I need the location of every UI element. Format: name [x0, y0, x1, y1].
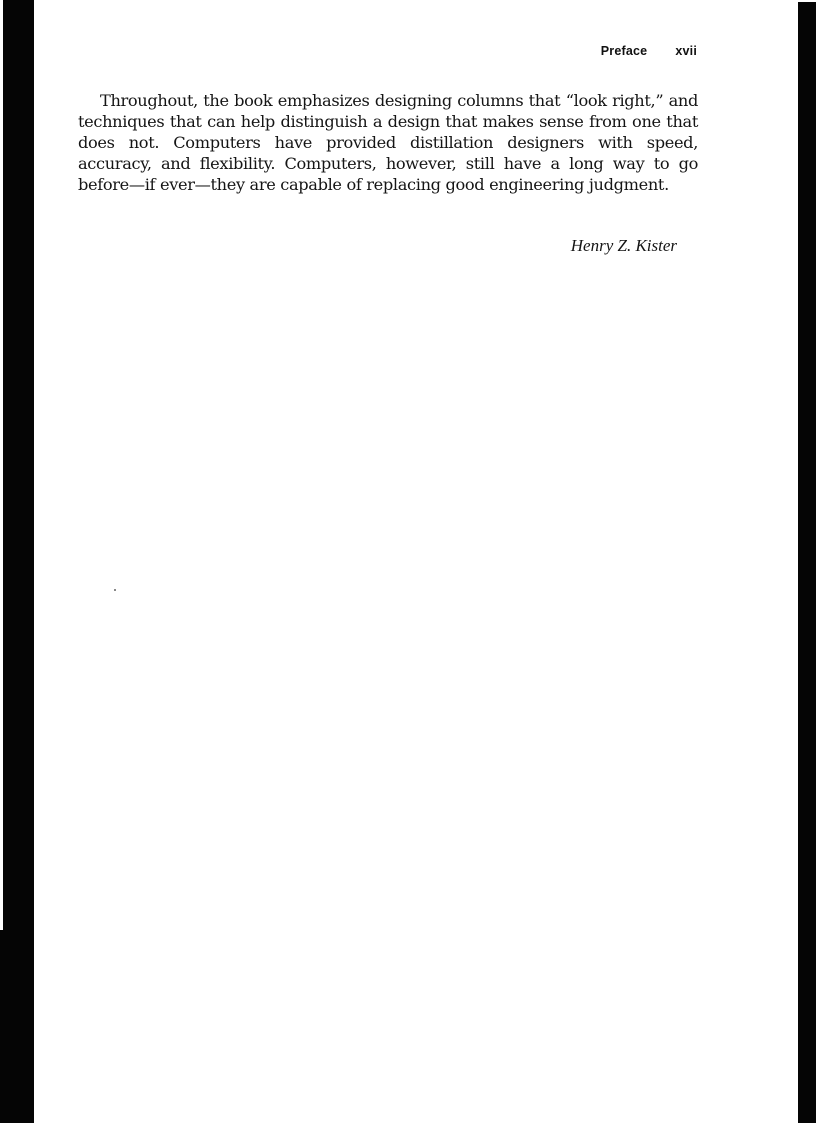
author-signature: Henry Z. Kister [571, 236, 677, 256]
page-number: xvii [675, 44, 697, 58]
scan-edge-left-sliver [0, 930, 4, 1123]
scan-edge-left [3, 0, 34, 1123]
scan-edge-right [798, 2, 816, 1123]
scan-speck [114, 589, 116, 591]
preface-paragraph: Throughout, the book emphasizes designin… [78, 90, 698, 195]
running-head-section: Preface [601, 44, 648, 58]
running-head: Preface xvii [601, 44, 697, 58]
